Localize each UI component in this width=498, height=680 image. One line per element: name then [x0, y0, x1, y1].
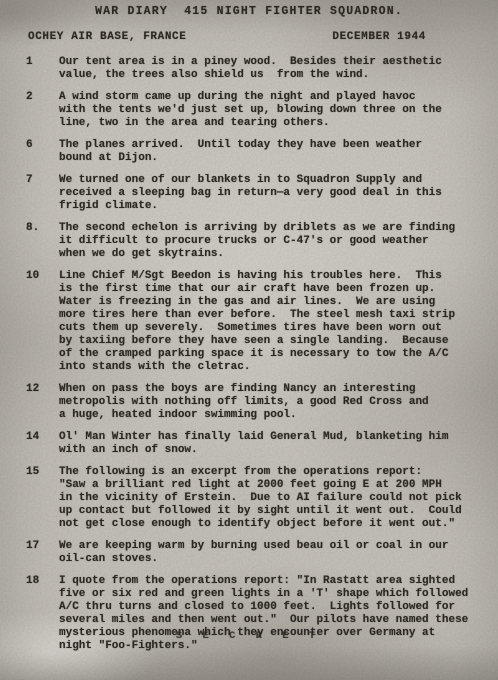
entry-number: 8.: [26, 222, 59, 261]
entry-number: 2: [26, 91, 59, 130]
entry-text: Ol' Man Winter has finally laid General …: [59, 431, 484, 457]
entry-number: 17: [26, 540, 59, 566]
doc-date: DECEMBER 1944: [332, 31, 426, 43]
entry-number: 14: [26, 431, 59, 457]
diary-entry: 2 A wind storm came up during the night …: [26, 91, 484, 130]
entry-text: When on pass the boys are finding Nancy …: [59, 383, 484, 422]
entry-number: 15: [26, 466, 59, 531]
doc-subheader: OCHEY AIR BASE, FRANCE DECEMBER 1944: [0, 31, 498, 43]
entry-text: Our tent area is in a piney wood. Beside…: [59, 56, 484, 82]
diary-entry: 12 When on pass the boys are finding Nan…: [26, 383, 484, 422]
entry-text: Line Chief M/Sgt Beedon is having his tr…: [59, 270, 484, 374]
diary-entry: 14 Ol' Man Winter has finally laid Gener…: [26, 431, 484, 457]
diary-entry: 17 We are keeping warm by burning used b…: [26, 540, 484, 566]
entry-number: 7: [26, 174, 59, 213]
entry-text: A wind storm came up during the night an…: [59, 91, 484, 130]
diary-entry: 6 The planes arrived. Until today they h…: [26, 139, 484, 165]
entry-number: 10: [26, 270, 59, 374]
diary-entries-list: 1 Our tent area is in a piney wood. Besi…: [0, 56, 498, 653]
entry-number: 6: [26, 139, 59, 165]
entry-text: The following is an excerpt from the ope…: [59, 466, 484, 531]
entry-text: The planes arrived. Until today they hav…: [59, 139, 484, 165]
diary-entry: 7 We turned one of our blankets in to Sq…: [26, 174, 484, 213]
diary-entry: 8. The second echelon is arriving by dri…: [26, 222, 484, 261]
entry-number: 1: [26, 56, 59, 82]
entry-text: We are keeping warm by burning used beau…: [59, 540, 484, 566]
document-page: WAR DIARY 415 NIGHT FIGHTER SQUADRON. OC…: [0, 0, 498, 680]
secret-classification-footer: S E C R E T: [0, 630, 498, 642]
diary-entry: 10 Line Chief M/Sgt Beedon is having his…: [26, 270, 484, 374]
base-location: OCHEY AIR BASE, FRANCE: [28, 31, 186, 43]
entry-text: The second echelon is arriving by drible…: [59, 222, 484, 261]
entry-number: 12: [26, 383, 59, 422]
doc-title: WAR DIARY 415 NIGHT FIGHTER SQUADRON.: [0, 5, 498, 18]
diary-entry: 1 Our tent area is in a piney wood. Besi…: [26, 56, 484, 82]
diary-entry: 15 The following is an excerpt from the …: [26, 466, 484, 531]
entry-text: We turned one of our blankets in to Squa…: [59, 174, 484, 213]
